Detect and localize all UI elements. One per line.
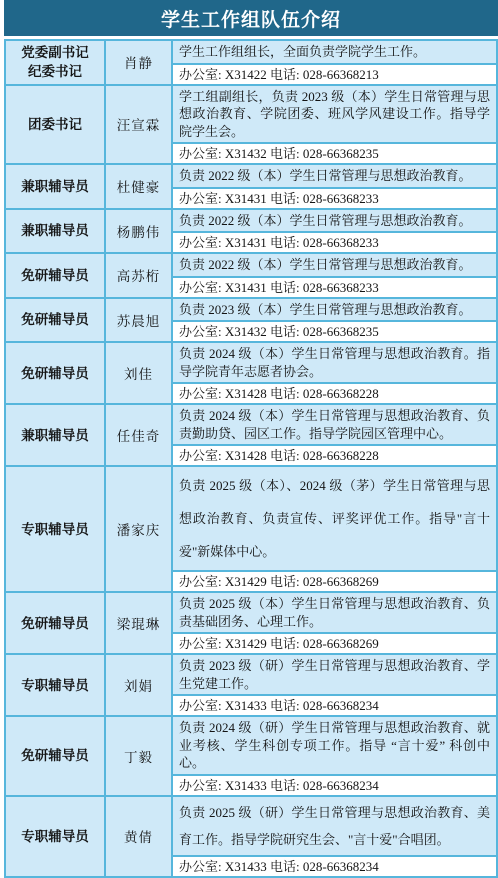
duty-cell: 负责 2024 级（本）学生日常管理与思想政治教育、负责勤助贷、园区工作。指导学… bbox=[172, 404, 497, 445]
position-cell: 专职辅导员 bbox=[5, 466, 105, 592]
table-row: 免研辅导员 刘佳 负责 2024 级（本）学生日常管理与思想政治教育。指导学院青… bbox=[5, 342, 497, 404]
name-cell: 任佳奇 bbox=[105, 404, 172, 466]
position-cell: 团委书记 bbox=[5, 85, 105, 165]
office-contact-cell: 办公室: X31431 电话: 028-66368233 bbox=[172, 232, 497, 253]
duty-cell: 负责 2024 级（本）学生日常管理与思想政治教育。指导学院青年志愿者协会。 bbox=[172, 342, 497, 383]
table-row: 兼职辅导员 杜健豪 负责 2022 级（本）学生日常管理与思想政治教育。 办公室… bbox=[5, 164, 497, 209]
duty-row: 党委副书记 纪委书记 肖静 学生工作组组长，全面负责学院学生工作。 bbox=[5, 40, 497, 64]
table-row: 免研辅导员 苏晨旭 负责 2023 级（本）学生日常管理与思想政治教育。 办公室… bbox=[5, 298, 497, 343]
duty-row: 团委书记 汪宣霖 学工组副组长，负责 2023 级（本）学生日常管理与思想政治教… bbox=[5, 85, 497, 144]
name-cell: 高苏桁 bbox=[105, 253, 172, 298]
table-row: 免研辅导员 高苏桁 负责 2022 级（本）学生日常管理与思想政治教育。 办公室… bbox=[5, 253, 497, 298]
duty-cell: 负责 2022 级（本）学生日常管理与思想政治教育。 bbox=[172, 209, 497, 233]
position-cell: 免研辅导员 bbox=[5, 592, 105, 654]
duty-row: 免研辅导员 梁琨琳 负责 2025 级（本）学生日常管理与思想政治教育、负责基础… bbox=[5, 592, 497, 633]
table-row: 团委书记 汪宣霖 学工组副组长，负责 2023 级（本）学生日常管理与思想政治教… bbox=[5, 85, 497, 165]
name-cell: 丁毅 bbox=[105, 716, 172, 796]
duty-cell: 学工组副组长，负责 2023 级（本）学生日常管理与思想政治教育、学院团委、班风… bbox=[172, 85, 497, 144]
name-cell: 梁琨琳 bbox=[105, 592, 172, 654]
duty-row: 免研辅导员 丁毅 负责 2024 级（研）学生日常管理与思想政治教育、就业考核、… bbox=[5, 716, 497, 775]
office-contact-cell: 办公室: X31433 电话: 028-66368234 bbox=[172, 856, 497, 877]
name-cell: 刘佳 bbox=[105, 342, 172, 404]
duty-row: 免研辅导员 刘佳 负责 2024 级（本）学生日常管理与思想政治教育。指导学院青… bbox=[5, 342, 497, 383]
position-cell: 免研辅导员 bbox=[5, 253, 105, 298]
table-row: 免研辅导员 丁毅 负责 2024 级（研）学生日常管理与思想政治教育、就业考核、… bbox=[5, 716, 497, 796]
staff-table: 党委副书记 纪委书记 肖静 学生工作组组长，全面负责学院学生工作。 办公室: X… bbox=[4, 39, 498, 878]
position-cell: 兼职辅导员 bbox=[5, 164, 105, 209]
position-cell: 免研辅导员 bbox=[5, 298, 105, 343]
duty-row: 专职辅导员 刘娟 负责 2023 级（研）学生日常管理与思想政治教育、学生党建工… bbox=[5, 654, 497, 695]
page-title-bar: 学生工作组队伍介绍 bbox=[4, 0, 498, 36]
table-row: 兼职辅导员 杨鹏伟 负责 2022 级（本）学生日常管理与思想政治教育。 办公室… bbox=[5, 209, 497, 254]
duty-cell: 负责 2024 级（研）学生日常管理与思想政治教育、就业考核、学生科创专项工作。… bbox=[172, 716, 497, 775]
office-contact-cell: 办公室: X31432 电话: 028-66368235 bbox=[172, 321, 497, 342]
name-cell: 潘家庆 bbox=[105, 466, 172, 592]
office-contact-cell: 办公室: X31433 电话: 028-66368234 bbox=[172, 695, 497, 716]
office-contact-cell: 办公室: X31433 电话: 028-66368234 bbox=[172, 775, 497, 796]
duty-cell: 负责 2025 级（研）学生日常管理与思想政治教育、美育工作。指导学院研究生会、… bbox=[172, 796, 497, 856]
page-title: 学生工作组队伍介绍 bbox=[161, 5, 341, 32]
table-row: 免研辅导员 梁琨琳 负责 2025 级（本）学生日常管理与思想政治教育、负责基础… bbox=[5, 592, 497, 654]
duty-row: 专职辅导员 潘家庆 负责 2025 级（本）、2024 级（茅）学生日常管理与思… bbox=[5, 466, 497, 571]
name-cell: 汪宣霖 bbox=[105, 85, 172, 165]
office-contact-cell: 办公室: X31422 电话: 028-66368213 bbox=[172, 64, 497, 85]
name-cell: 黄倩 bbox=[105, 796, 172, 877]
office-contact-cell: 办公室: X31431 电话: 028-66368233 bbox=[172, 277, 497, 298]
duty-cell: 负责 2025 级（本）、2024 级（茅）学生日常管理与思想政治教育、负责宣传… bbox=[172, 466, 497, 571]
table-row: 专职辅导员 刘娟 负责 2023 级（研）学生日常管理与思想政治教育、学生党建工… bbox=[5, 654, 497, 716]
duty-cell: 负责 2023 级（本）学生日常管理与思想政治教育。 bbox=[172, 298, 497, 322]
name-cell: 杨鹏伟 bbox=[105, 209, 172, 254]
position-cell: 兼职辅导员 bbox=[5, 404, 105, 466]
name-cell: 苏晨旭 bbox=[105, 298, 172, 343]
office-contact-cell: 办公室: X31432 电话: 028-66368235 bbox=[172, 143, 497, 164]
name-cell: 刘娟 bbox=[105, 654, 172, 716]
duty-row: 兼职辅导员 任佳奇 负责 2024 级（本）学生日常管理与思想政治教育、负责勤助… bbox=[5, 404, 497, 445]
duty-row: 免研辅导员 苏晨旭 负责 2023 级（本）学生日常管理与思想政治教育。 bbox=[5, 298, 497, 322]
table-row: 党委副书记 纪委书记 肖静 学生工作组组长，全面负责学院学生工作。 办公室: X… bbox=[5, 40, 497, 85]
page: 学生工作组队伍介绍 党委副书记 纪委书记 肖静 学生工作组组长，全面负责学院学生… bbox=[0, 0, 498, 878]
duty-cell: 负责 2023 级（研）学生日常管理与思想政治教育、学生党建工作。 bbox=[172, 654, 497, 695]
position-cell: 专职辅导员 bbox=[5, 654, 105, 716]
position-cell: 免研辅导员 bbox=[5, 716, 105, 796]
table-row: 专职辅导员 潘家庆 负责 2025 级（本）、2024 级（茅）学生日常管理与思… bbox=[5, 466, 497, 592]
duty-cell: 学生工作组组长，全面负责学院学生工作。 bbox=[172, 40, 497, 64]
position-cell: 免研辅导员 bbox=[5, 342, 105, 404]
position-cell: 兼职辅导员 bbox=[5, 209, 105, 254]
table-row: 专职辅导员 黄倩 负责 2025 级（研）学生日常管理与思想政治教育、美育工作。… bbox=[5, 796, 497, 877]
duty-cell: 负责 2022 级（本）学生日常管理与思想政治教育。 bbox=[172, 164, 497, 188]
position-cell: 党委副书记 纪委书记 bbox=[5, 40, 105, 85]
duty-row: 兼职辅导员 杨鹏伟 负责 2022 级（本）学生日常管理与思想政治教育。 bbox=[5, 209, 497, 233]
duty-cell: 负责 2025 级（本）学生日常管理与思想政治教育、负责基础团务、心理工作。 bbox=[172, 592, 497, 633]
office-contact-cell: 办公室: X31429 电话: 028-66368269 bbox=[172, 633, 497, 654]
duty-row: 专职辅导员 黄倩 负责 2025 级（研）学生日常管理与思想政治教育、美育工作。… bbox=[5, 796, 497, 856]
duty-row: 兼职辅导员 杜健豪 负责 2022 级（本）学生日常管理与思想政治教育。 bbox=[5, 164, 497, 188]
duty-row: 免研辅导员 高苏桁 负责 2022 级（本）学生日常管理与思想政治教育。 bbox=[5, 253, 497, 277]
name-cell: 肖静 bbox=[105, 40, 172, 85]
office-contact-cell: 办公室: X31431 电话: 028-66368233 bbox=[172, 188, 497, 209]
office-contact-cell: 办公室: X31429 电话: 028-66368269 bbox=[172, 571, 497, 592]
office-contact-cell: 办公室: X31428 电话: 028-66368228 bbox=[172, 383, 497, 404]
office-contact-cell: 办公室: X31428 电话: 028-66368228 bbox=[172, 445, 497, 466]
position-cell: 专职辅导员 bbox=[5, 796, 105, 877]
name-cell: 杜健豪 bbox=[105, 164, 172, 209]
table-row: 兼职辅导员 任佳奇 负责 2024 级（本）学生日常管理与思想政治教育、负责勤助… bbox=[5, 404, 497, 466]
duty-cell: 负责 2022 级（本）学生日常管理与思想政治教育。 bbox=[172, 253, 497, 277]
